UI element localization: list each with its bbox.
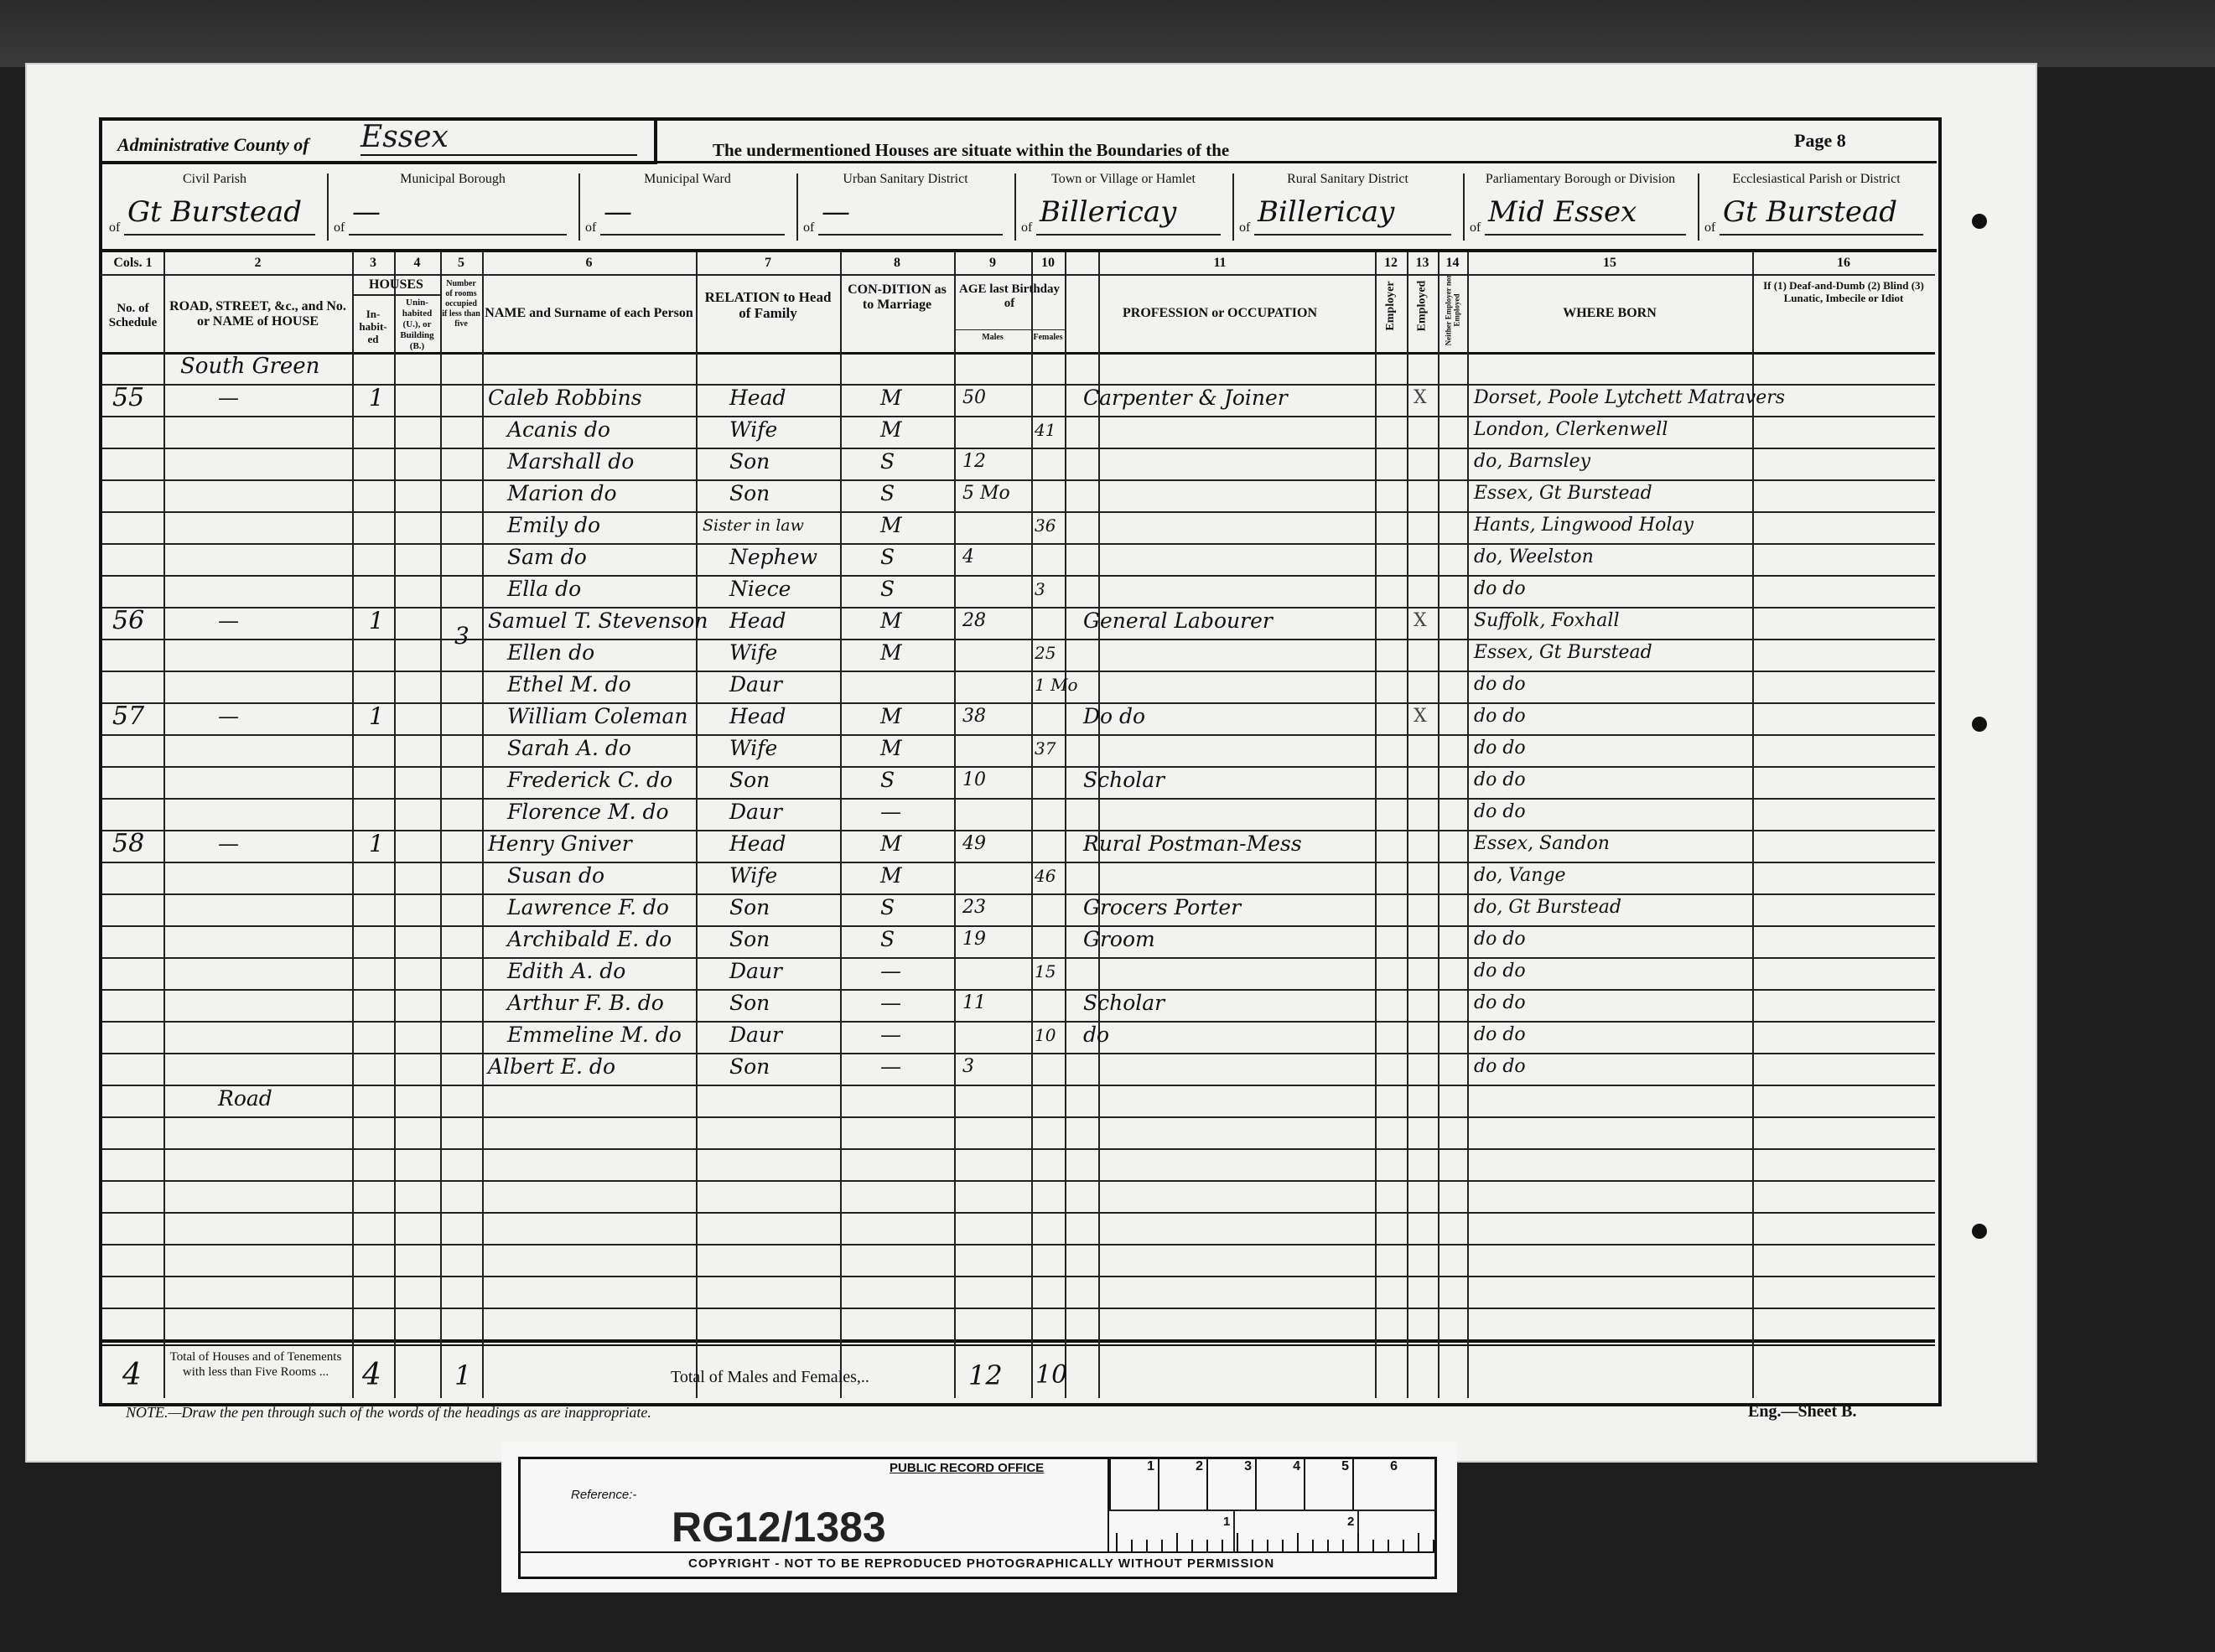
where-born-cell: do do bbox=[1474, 987, 1526, 1019]
where-born-cell: Essex, Gt Burstead bbox=[1474, 637, 1652, 669]
row-rule bbox=[102, 734, 1935, 736]
male-age: 11 bbox=[962, 987, 986, 1019]
boundaries-text: The undermentioned Houses are situate wi… bbox=[713, 140, 1229, 161]
row-rule bbox=[102, 1085, 1935, 1086]
row-rule bbox=[102, 1053, 1935, 1054]
female-age: 46 bbox=[1035, 860, 1056, 892]
header-rule bbox=[102, 352, 1935, 355]
relation-cell: Daur bbox=[729, 1019, 782, 1051]
person-name: Sarah A. do bbox=[507, 733, 631, 764]
row-rule bbox=[102, 1244, 1935, 1245]
ruler-tick bbox=[1297, 1533, 1299, 1551]
inhabited-cell: 1 bbox=[369, 828, 384, 860]
county-value: Essex bbox=[361, 120, 637, 156]
record-office-label: PUBLIC RECORD OFFICE bbox=[890, 1461, 1044, 1475]
ruler-cm-mark: 4 bbox=[1255, 1459, 1304, 1510]
occupation-cell: do bbox=[1083, 1019, 1109, 1051]
row-rule bbox=[102, 1116, 1935, 1118]
where-born-cell: London, Clerkenwell bbox=[1474, 414, 1668, 446]
ruler-tick bbox=[1206, 1540, 1208, 1551]
person-name: Florence M. do bbox=[507, 796, 669, 828]
row-rule bbox=[102, 862, 1935, 863]
header-employed: Employed bbox=[1419, 266, 1427, 347]
ruler-inch-line bbox=[1233, 1510, 1235, 1551]
male-age: 4 bbox=[962, 541, 974, 573]
relation-cell: Son bbox=[729, 478, 770, 510]
of-prefix: of bbox=[1021, 220, 1032, 236]
boundary-underline bbox=[1036, 234, 1221, 236]
relation-cell: Son bbox=[729, 987, 770, 1019]
boundary-value: Gt Burstead bbox=[127, 195, 302, 229]
column-rule bbox=[1375, 252, 1377, 1398]
where-born-cell: Hants, Lingwood Holay bbox=[1474, 510, 1694, 541]
ruler-tick bbox=[1342, 1540, 1344, 1551]
of-prefix: of bbox=[1239, 220, 1250, 236]
ruler-tick bbox=[1282, 1540, 1284, 1551]
boundary-underline bbox=[818, 234, 1003, 236]
where-born-cell: do, Barnsley bbox=[1474, 446, 1590, 478]
totals-houses-label: Total of Houses and of Tenements with le… bbox=[168, 1349, 344, 1380]
column-number: 10 bbox=[1031, 256, 1065, 271]
boundary-underline bbox=[1254, 234, 1451, 236]
road-cell: — bbox=[218, 701, 239, 733]
road-cell: — bbox=[218, 382, 239, 414]
ruler-tick bbox=[1403, 1540, 1404, 1551]
condition-cell: S bbox=[880, 764, 895, 796]
column-number: 16 bbox=[1752, 256, 1935, 271]
relation-cell: Nephew bbox=[729, 541, 817, 573]
male-age: 28 bbox=[962, 605, 986, 637]
person-name: Samuel T. Stevenson bbox=[488, 605, 708, 637]
relation-cell: Daur bbox=[729, 796, 782, 828]
row-rule bbox=[102, 543, 1935, 545]
male-age: 10 bbox=[962, 764, 986, 796]
road-cell: Road bbox=[218, 1083, 272, 1115]
of-prefix: of bbox=[109, 220, 120, 236]
female-age: 41 bbox=[1035, 414, 1056, 446]
boundary-value: Mid Essex bbox=[1488, 195, 1637, 229]
total-females: 10 bbox=[1035, 1359, 1067, 1391]
where-born-cell: do, Gt Burstead bbox=[1474, 892, 1621, 924]
male-age: 3 bbox=[962, 1051, 974, 1083]
rooms-cell: 3 bbox=[454, 620, 469, 652]
where-born-cell: do do bbox=[1474, 669, 1526, 701]
column-rule bbox=[163, 252, 165, 1398]
condition-cell: M bbox=[880, 637, 902, 669]
header-employer: Employer bbox=[1387, 265, 1395, 347]
ruler-cm-mark: 1 bbox=[1109, 1459, 1158, 1510]
road-cell: — bbox=[218, 605, 239, 637]
total-inhabited: 4 bbox=[362, 1359, 381, 1391]
boundary-underline bbox=[349, 234, 567, 236]
row-rule bbox=[102, 448, 1935, 449]
column-rule bbox=[440, 252, 442, 1398]
condition-cell: — bbox=[880, 987, 901, 1019]
male-age: 23 bbox=[962, 892, 986, 924]
ruler-tick bbox=[1388, 1540, 1389, 1551]
punch-hole bbox=[1972, 1224, 1987, 1239]
column-rule bbox=[1098, 252, 1100, 1398]
person-name: Arthur F. B. do bbox=[507, 987, 664, 1019]
scan-background bbox=[0, 0, 2215, 67]
boundary-bottom-rule bbox=[101, 249, 1937, 252]
row-rule bbox=[102, 1276, 1935, 1277]
condition-cell: M bbox=[880, 733, 902, 764]
row-rule bbox=[102, 1212, 1935, 1214]
occupation-cell: Do do bbox=[1083, 701, 1145, 733]
footnote: NOTE.—Draw the pen through such of the w… bbox=[126, 1404, 651, 1422]
row-rule bbox=[102, 766, 1935, 768]
condition-cell: M bbox=[880, 605, 902, 637]
ruler-tick bbox=[1433, 1540, 1434, 1551]
row-rule bbox=[102, 1308, 1935, 1309]
column-number: 14 bbox=[1438, 256, 1467, 271]
person-name: Susan do bbox=[507, 860, 604, 892]
person-name: Emmeline M. do bbox=[507, 1019, 682, 1051]
female-age: 37 bbox=[1035, 733, 1056, 764]
where-born-cell: Essex, Gt Burstead bbox=[1474, 478, 1652, 510]
male-age: 49 bbox=[962, 828, 986, 860]
column-number: 3 bbox=[352, 256, 394, 271]
relation-cell: Sister in law bbox=[703, 510, 804, 541]
reference-slip-frame: PUBLIC RECORD OFFICE Reference:- RG12/13… bbox=[518, 1457, 1437, 1579]
female-age: 36 bbox=[1035, 510, 1056, 541]
column-rule bbox=[1467, 252, 1469, 1398]
row-rule bbox=[102, 575, 1935, 577]
measurement-ruler: 12345612 bbox=[1107, 1459, 1436, 1551]
row-rule bbox=[102, 1021, 1935, 1023]
column-rule bbox=[696, 252, 698, 1398]
ruler-tick bbox=[1372, 1540, 1374, 1551]
condition-cell: S bbox=[880, 446, 895, 478]
person-name: Marion do bbox=[507, 478, 617, 510]
schedule-number: 58 bbox=[112, 828, 144, 860]
person-name: Ethel M. do bbox=[507, 669, 631, 701]
column-rule bbox=[394, 252, 396, 1398]
condition-cell: M bbox=[880, 510, 902, 541]
row-rule bbox=[102, 639, 1935, 640]
person-name: Ellen do bbox=[507, 637, 594, 669]
condition-cell: M bbox=[880, 860, 902, 892]
boundary-label: Civil Parish bbox=[102, 172, 327, 187]
occupation-cell: Grocers Porter bbox=[1083, 892, 1241, 924]
header-houses: HOUSES bbox=[354, 277, 438, 293]
relation-cell: Wife bbox=[729, 414, 777, 446]
where-born-cell: do do bbox=[1474, 1051, 1526, 1083]
header-where-born: WHERE BORN bbox=[1469, 306, 1751, 321]
county-label: Administrative County of bbox=[117, 134, 309, 156]
where-born-cell: Dorset, Poole Lytchett Matravers bbox=[1474, 382, 1785, 414]
relation-cell: Wife bbox=[729, 733, 777, 764]
header-infirmity: If (1) Deaf-and-Dumb (2) Blind (3) Lunat… bbox=[1754, 279, 1933, 304]
boundary-label: Municipal Borough bbox=[327, 172, 578, 187]
where-born-cell: do do bbox=[1474, 573, 1526, 605]
condition-cell: M bbox=[880, 701, 902, 733]
ruler-tick bbox=[1176, 1533, 1178, 1551]
road-cell: — bbox=[218, 828, 239, 860]
occupation-cell: Scholar bbox=[1083, 764, 1165, 796]
column-number: 8 bbox=[840, 256, 954, 271]
male-age: 38 bbox=[962, 701, 986, 733]
person-name: Lawrence F. do bbox=[507, 892, 669, 924]
column-rule bbox=[1407, 252, 1408, 1398]
ruler-cm-mark: 2 bbox=[1158, 1459, 1206, 1510]
punch-hole bbox=[1972, 214, 1987, 229]
boundary-underline bbox=[1720, 234, 1923, 236]
person-name: Emily do bbox=[507, 510, 600, 541]
column-rule bbox=[482, 252, 484, 1398]
reference-slip: PUBLIC RECORD OFFICE Reference:- RG12/13… bbox=[501, 1442, 1457, 1592]
relation-cell: Head bbox=[729, 828, 786, 860]
person-name: Ella do bbox=[507, 573, 581, 605]
condition-cell: M bbox=[880, 828, 902, 860]
reference-label: Reference:- bbox=[571, 1488, 636, 1502]
column-rule bbox=[1065, 252, 1066, 1398]
inhabited-cell: 1 bbox=[369, 701, 384, 733]
boundary-underline bbox=[124, 234, 315, 236]
boundary-label: Town or Village or Hamlet bbox=[1014, 172, 1232, 187]
condition-cell: — bbox=[880, 955, 901, 987]
occupation-cell: Rural Postman-Mess bbox=[1083, 828, 1302, 860]
column-number: 7 bbox=[696, 256, 840, 271]
relation-cell: Wife bbox=[729, 860, 777, 892]
relation-cell: Son bbox=[729, 1051, 770, 1083]
of-prefix: of bbox=[585, 220, 596, 236]
ruler-tick bbox=[1418, 1533, 1419, 1551]
header-name: NAME and Surname of each Person bbox=[484, 306, 694, 321]
relation-cell: Son bbox=[729, 924, 770, 955]
header-age: AGE last Birthday of bbox=[956, 282, 1063, 311]
header-inhabited: In-habit-ed bbox=[354, 308, 392, 345]
female-age: 3 bbox=[1035, 573, 1045, 605]
copyright-notice: COPYRIGHT - NOT TO BE REPRODUCED PHOTOGR… bbox=[688, 1556, 1274, 1571]
condition-cell: S bbox=[880, 573, 895, 605]
header-neither: Neither Employer nor Employed bbox=[1445, 271, 1461, 350]
relation-cell: Head bbox=[729, 605, 786, 637]
houses-subrule bbox=[352, 294, 440, 296]
boundary-label: Urban Sanitary District bbox=[796, 172, 1014, 187]
column-rule bbox=[352, 252, 354, 1398]
person-name: Henry Gniver bbox=[488, 828, 632, 860]
ruler-cm-mark: 5 bbox=[1304, 1459, 1352, 1510]
boundary-value: Billericay bbox=[1258, 195, 1394, 229]
where-born-cell: do do bbox=[1474, 733, 1526, 764]
total-schedules: 4 bbox=[122, 1359, 142, 1391]
reference-number: RG12/1383 bbox=[672, 1503, 886, 1551]
header-road: ROAD, STREET, &c., and No. or NAME of HO… bbox=[165, 299, 350, 329]
female-age: 25 bbox=[1035, 637, 1056, 669]
total-rooms: 1 bbox=[454, 1359, 471, 1391]
total-males: 12 bbox=[968, 1359, 1003, 1391]
female-age: 1 Mo bbox=[1035, 669, 1078, 701]
condition-cell: M bbox=[880, 414, 902, 446]
census-sheet: Administrative County of Essex The under… bbox=[25, 63, 2037, 1463]
header-schedule: No. of Schedule bbox=[104, 302, 162, 330]
data-bottom-rule bbox=[102, 1339, 1935, 1343]
ruler-tick bbox=[1146, 1540, 1148, 1551]
header-condition: CON-DITION as to Marriage bbox=[842, 282, 952, 313]
occupation-cell: Groom bbox=[1083, 924, 1155, 955]
relation-cell: Head bbox=[729, 382, 786, 414]
relation-cell: Daur bbox=[729, 669, 782, 701]
header-occupation: PROFESSION or OCCUPATION bbox=[1066, 306, 1373, 321]
row-rule bbox=[102, 479, 1935, 481]
condition-cell: M bbox=[880, 382, 902, 414]
where-born-cell: do do bbox=[1474, 764, 1526, 796]
of-prefix: of bbox=[803, 220, 814, 236]
relation-cell: Head bbox=[729, 701, 786, 733]
boundary-label: Municipal Ward bbox=[578, 172, 796, 187]
row-rule bbox=[102, 989, 1935, 991]
ruler-divider bbox=[1109, 1510, 1436, 1511]
row-rule bbox=[102, 925, 1935, 927]
boundary-label: Ecclesiastical Parish or District bbox=[1698, 172, 1935, 187]
ruler-cm-mark: 3 bbox=[1206, 1459, 1255, 1510]
ruler-tick bbox=[1312, 1540, 1314, 1551]
condition-cell: — bbox=[880, 796, 901, 828]
condition-cell: S bbox=[880, 892, 895, 924]
employed-mark: X bbox=[1414, 382, 1427, 414]
boundary-value: Gt Burstead bbox=[1723, 195, 1897, 229]
where-born-cell: do, Vange bbox=[1474, 860, 1566, 892]
where-born-cell: do do bbox=[1474, 1019, 1526, 1051]
row-rule bbox=[102, 798, 1935, 800]
ruler-cm-mark: 6 bbox=[1352, 1459, 1401, 1510]
column-number: 11 bbox=[1065, 256, 1375, 271]
street-name: South Green bbox=[180, 350, 319, 382]
relation-cell: Son bbox=[729, 446, 770, 478]
where-born-cell: do do bbox=[1474, 796, 1526, 828]
relation-cell: Niece bbox=[729, 573, 791, 605]
slip-divider bbox=[521, 1551, 1434, 1553]
condition-cell: S bbox=[880, 541, 895, 573]
condition-cell: S bbox=[880, 478, 895, 510]
boundary-underline bbox=[600, 234, 785, 236]
totals-top-rule bbox=[102, 1344, 1935, 1346]
column-number: Cols. 1 bbox=[102, 256, 163, 271]
where-born-cell: do do bbox=[1474, 701, 1526, 733]
of-prefix: of bbox=[1704, 220, 1715, 236]
row-rule bbox=[102, 671, 1935, 672]
column-number: 6 bbox=[482, 256, 696, 271]
column-number: 9 bbox=[954, 256, 1031, 271]
header-rooms: Number of rooms occupied if less than fi… bbox=[442, 279, 480, 329]
boundary-label: Rural Sanitary District bbox=[1232, 172, 1463, 187]
column-number: 15 bbox=[1467, 256, 1752, 271]
boundary-underline bbox=[1485, 234, 1686, 236]
boundary-label: Parliamentary Borough or Division bbox=[1463, 172, 1698, 187]
column-rule bbox=[1752, 252, 1754, 1398]
condition-cell: — bbox=[880, 1051, 901, 1083]
column-number: 4 bbox=[394, 256, 440, 271]
schedule-number: 56 bbox=[112, 605, 144, 637]
boundary-value: — bbox=[822, 195, 850, 229]
where-born-cell: do, Weelston bbox=[1474, 541, 1594, 573]
person-name: Caleb Robbins bbox=[488, 382, 642, 414]
totals-persons-label: Total of Males and Females,.. bbox=[671, 1368, 869, 1387]
female-age: 15 bbox=[1035, 955, 1056, 987]
person-name: William Coleman bbox=[507, 701, 687, 733]
occupation-cell: General Labourer bbox=[1083, 605, 1273, 637]
header-relation: RELATION to Head of Family bbox=[698, 289, 838, 321]
person-name: Frederick C. do bbox=[507, 764, 672, 796]
person-name: Marshall do bbox=[507, 446, 634, 478]
relation-cell: Son bbox=[729, 764, 770, 796]
column-rule bbox=[1031, 252, 1033, 1398]
schedule-number: 57 bbox=[112, 701, 144, 733]
relation-cell: Daur bbox=[729, 955, 782, 987]
column-number: 2 bbox=[163, 256, 352, 271]
page-label: Page 8 bbox=[1794, 130, 1846, 152]
ruler-inch-label: 2 bbox=[1347, 1515, 1354, 1529]
row-rule bbox=[102, 893, 1935, 895]
employed-mark: X bbox=[1414, 605, 1427, 637]
ruler-tick bbox=[1327, 1540, 1329, 1551]
boundary-value: — bbox=[604, 195, 632, 229]
male-age: 5 Mo bbox=[962, 478, 1010, 510]
sheet-label: Eng.—Sheet B. bbox=[1748, 1402, 1856, 1422]
person-name: Edith A. do bbox=[507, 955, 625, 987]
where-born-cell: do do bbox=[1474, 924, 1526, 955]
boundary-value: — bbox=[352, 195, 381, 229]
header-males: Males bbox=[956, 333, 1030, 343]
ruler-inch-label: 1 bbox=[1223, 1515, 1230, 1529]
relation-cell: Wife bbox=[729, 637, 777, 669]
person-name: Albert E. do bbox=[488, 1051, 615, 1083]
ruler-tick bbox=[1161, 1540, 1163, 1551]
column-rule bbox=[840, 252, 842, 1398]
row-rule bbox=[102, 957, 1935, 959]
inhabited-cell: 1 bbox=[369, 382, 384, 414]
ruler-tick bbox=[1237, 1533, 1238, 1551]
occupation-cell: Carpenter & Joiner bbox=[1083, 382, 1288, 414]
person-name: Acanis do bbox=[507, 414, 610, 446]
relation-cell: Son bbox=[729, 892, 770, 924]
ruler-tick bbox=[1191, 1540, 1193, 1551]
row-rule bbox=[102, 1180, 1935, 1182]
male-age: 19 bbox=[962, 924, 986, 955]
condition-cell: — bbox=[880, 1019, 901, 1051]
ruler-tick bbox=[1267, 1540, 1268, 1551]
person-name: Archibald E. do bbox=[507, 924, 672, 955]
column-rule bbox=[954, 252, 956, 1398]
male-age: 50 bbox=[962, 382, 986, 414]
header-uninhabited: Unin-habited (U.), or Building (B.) bbox=[396, 298, 438, 352]
colnum-rule bbox=[102, 274, 1935, 276]
female-age: 10 bbox=[1035, 1019, 1056, 1051]
ruler-tick bbox=[1357, 1533, 1359, 1551]
employed-mark: X bbox=[1414, 701, 1427, 733]
ruler-tick bbox=[1131, 1540, 1133, 1551]
boundary-value: Billericay bbox=[1040, 195, 1176, 229]
ruler-tick bbox=[1222, 1540, 1223, 1551]
column-number: 5 bbox=[440, 256, 482, 271]
age-subrule bbox=[954, 329, 1065, 330]
column-rule bbox=[1438, 252, 1439, 1398]
where-born-cell: Suffolk, Foxhall bbox=[1474, 605, 1620, 637]
where-born-cell: Essex, Sandon bbox=[1474, 828, 1610, 860]
where-born-cell: do do bbox=[1474, 955, 1526, 987]
row-rule bbox=[102, 1148, 1935, 1150]
ruler-tick bbox=[1252, 1540, 1253, 1551]
inhabited-cell: 1 bbox=[369, 605, 384, 637]
male-age: 12 bbox=[962, 446, 986, 478]
person-name: Sam do bbox=[507, 541, 587, 573]
ruler-tick bbox=[1116, 1533, 1118, 1551]
header-females: Females bbox=[1033, 333, 1063, 343]
boundary-top-rule bbox=[101, 161, 1937, 163]
schedule-number: 55 bbox=[112, 382, 144, 414]
